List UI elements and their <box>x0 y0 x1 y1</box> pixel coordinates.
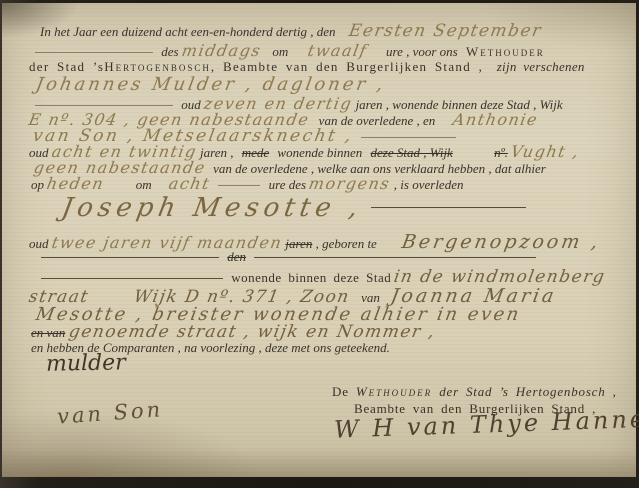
printed-struck-text: den <box>227 249 246 264</box>
printed-text: ure des <box>269 177 306 192</box>
act-line-opening: In het Jaar een duizend acht een-en-hond… <box>40 21 542 41</box>
signature-van-son: van Son <box>56 397 164 428</box>
printed-text: , Beambte van den Burgerlijken Stand , <box>211 59 483 74</box>
printed-text: der Stad ’s Hertogenbosch , <box>439 384 616 399</box>
fill-rule <box>41 278 223 279</box>
handwritten-declarant1-name: Johannes Mulder , dagloner , <box>34 74 387 95</box>
act-line-city: der Stad ’sHertogenbosch, Beambte van de… <box>29 59 585 75</box>
printed-title-wethouder: Wethouder <box>356 384 432 399</box>
printed-text: In het Jaar een duizend acht een-en-hond… <box>40 24 336 39</box>
printed-text: De <box>332 384 349 399</box>
official-title-line1: De Wethouder der Stad ’s Hertogenbosch , <box>332 384 617 400</box>
printed-text: om <box>136 177 152 192</box>
printed-text: om <box>272 44 288 59</box>
handwritten-hour: twaalf <box>306 41 369 60</box>
printed-text: des <box>161 44 178 59</box>
fill-rule <box>361 137 456 138</box>
handwritten-death-day: heden <box>46 174 107 193</box>
act-line-same-address: en van genoemde straat , wijk en Nommer … <box>31 322 435 342</box>
act-line-declarant1: Johannes Mulder , dagloner , <box>36 74 386 95</box>
printed-text: der Stad ’s <box>29 59 104 74</box>
fill-rule <box>35 52 153 53</box>
printed-text: op <box>31 177 44 192</box>
signature-mulder: mulder <box>46 350 126 376</box>
act-line-deceased-name: Joseph Mesotte , <box>62 193 531 223</box>
handwritten-same-address: genoemde straat , wijk en Nommer , <box>67 322 437 342</box>
printed-text: , is overleden <box>394 177 464 192</box>
handwritten-daypart: middags <box>180 41 263 60</box>
handwritten-death-daypart: morgens <box>308 174 393 193</box>
handwritten-declarant2-firstname: Anthonie <box>451 110 539 129</box>
handwritten-street: in de windmolenberg <box>393 267 608 287</box>
act-line-residence: wonende binnen deze Stad in de windmolen… <box>36 267 606 287</box>
act-line-time: des middags om twaalf ure , voor ons Wet… <box>30 41 545 60</box>
act-line-death-time: op heden om acht ure des morgens , is ov… <box>31 174 463 193</box>
printed-struck-text: en van <box>31 325 65 340</box>
fill-rule <box>35 105 173 106</box>
fill-rule <box>371 207 526 208</box>
act-line-struck-den: den <box>36 249 541 265</box>
handwritten-death-hour: acht <box>167 174 212 193</box>
document-photo: In het Jaar een duizend acht een-en-hond… <box>0 0 639 488</box>
fill-rule <box>254 257 536 258</box>
printed-text: wonende binnen deze Stad <box>231 270 391 285</box>
handwritten-deceased-name: Joseph Mesotte , <box>59 193 365 223</box>
printed-text: van <box>361 290 380 305</box>
fill-rule <box>41 257 219 258</box>
printed-title-wethouder: Wethouder <box>466 44 545 59</box>
paper: In het Jaar een duizend acht een-en-hond… <box>2 3 636 477</box>
printed-city-name: Hertogenbosch <box>104 59 211 74</box>
printed-text: ure , voor ons <box>386 44 458 59</box>
printed-text: zijn verschenen <box>497 59 585 74</box>
fill-rule <box>218 185 260 186</box>
handwritten-date: Eersten September <box>347 21 543 41</box>
